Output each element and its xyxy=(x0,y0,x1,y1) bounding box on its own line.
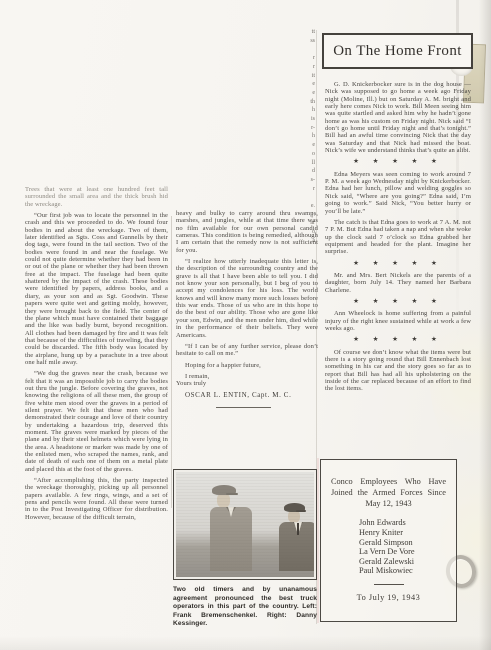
enlisted-name: John Edwards xyxy=(359,518,456,528)
news-item: Of course we don’t know what the items w… xyxy=(325,349,471,393)
middle-column: heavy and bulky to carry around thru swa… xyxy=(176,210,318,408)
enlisted-names-list: John Edwards Henry Kniter Gerald Simpson… xyxy=(359,518,456,576)
news-item: Edna Meyers was seen coming to work arou… xyxy=(325,171,471,215)
scan-smudge xyxy=(317,458,319,623)
left-column: Trees that were at least one hundred fee… xyxy=(25,186,168,525)
body-paragraph: “We dug the graves near the crash, becau… xyxy=(25,370,168,473)
letter-closing-line: I remain, Yours truly xyxy=(176,373,318,388)
page-bottom-shadow xyxy=(0,636,491,650)
news-item: G. D. Knickerbocker sure is in the dog h… xyxy=(325,81,471,154)
enlisted-name: La Vern De Vore xyxy=(359,547,456,557)
news-item: Ann Wheelock is home suffering from a pa… xyxy=(325,310,471,332)
body-paragraph: heavy and bulky to carry around thru swa… xyxy=(176,210,318,254)
star-separator: ★ ★ ★ ★ ★ xyxy=(325,158,471,165)
section-title: On The Home Front xyxy=(333,43,462,60)
armed-forces-title: Conco Employees Who Have Joined the Arme… xyxy=(331,477,446,509)
divider-rule xyxy=(216,407,271,408)
enlisted-name: Gerald Simpson xyxy=(359,538,456,548)
news-item: The catch is that Edna goes to work at 7… xyxy=(325,219,471,256)
title-line: Joined the Armed Forces Since xyxy=(331,488,446,499)
scanned-newsletter-page: tt ss r r it e e th h is r- h e o ll d s… xyxy=(0,0,491,650)
body-paragraph: “Our first job was to locate the personn… xyxy=(25,212,168,366)
enlisted-name: Paul Miskowiec xyxy=(359,566,456,576)
letter-signature: OSCAR L. ENTIN, Capt. M. C. xyxy=(176,392,318,399)
body-paragraph: “I realize how utterly inadequate this l… xyxy=(176,258,318,339)
star-separator: ★ ★ ★ ★ ★ xyxy=(325,336,471,343)
armed-forces-box: Conco Employees Who Have Joined the Arme… xyxy=(320,459,457,622)
letter-closing-line: Hoping for a happier future, xyxy=(176,362,318,369)
column-rule xyxy=(171,216,172,508)
news-item: Mr. and Mrs. Bert Nickels are the parent… xyxy=(325,272,471,294)
photo-image xyxy=(176,472,314,577)
star-separator: ★ ★ ★ ★ ★ xyxy=(325,260,471,267)
title-line: Conco Employees Who Have xyxy=(331,477,446,488)
star-separator: ★ ★ ★ ★ ★ xyxy=(325,298,471,305)
photo-two-truck-operators xyxy=(173,469,317,580)
photo-caption: Two old timers and by unanamous agreemen… xyxy=(173,586,317,629)
title-line: May 12, 1943 xyxy=(331,499,446,510)
home-front-header-box: On The Home Front xyxy=(322,33,473,69)
enlisted-name: Gerald Zalewski xyxy=(359,557,456,567)
enlisted-name: Henry Kniter xyxy=(359,528,456,538)
body-paragraph: “After accomplishing this, the party ins… xyxy=(25,477,168,521)
page-edge-shadow xyxy=(479,0,491,650)
home-front-column: G. D. Knickerbocker sure is in the dog h… xyxy=(325,81,471,397)
divider-rule xyxy=(374,584,404,585)
body-paragraph: Trees that were at least one hundred fee… xyxy=(25,186,168,208)
body-paragraph: “If I can be of any further service, ple… xyxy=(176,343,318,358)
armed-forces-footer-date: To July 19, 1943 xyxy=(321,593,456,602)
photo-grain-overlay xyxy=(176,472,314,577)
